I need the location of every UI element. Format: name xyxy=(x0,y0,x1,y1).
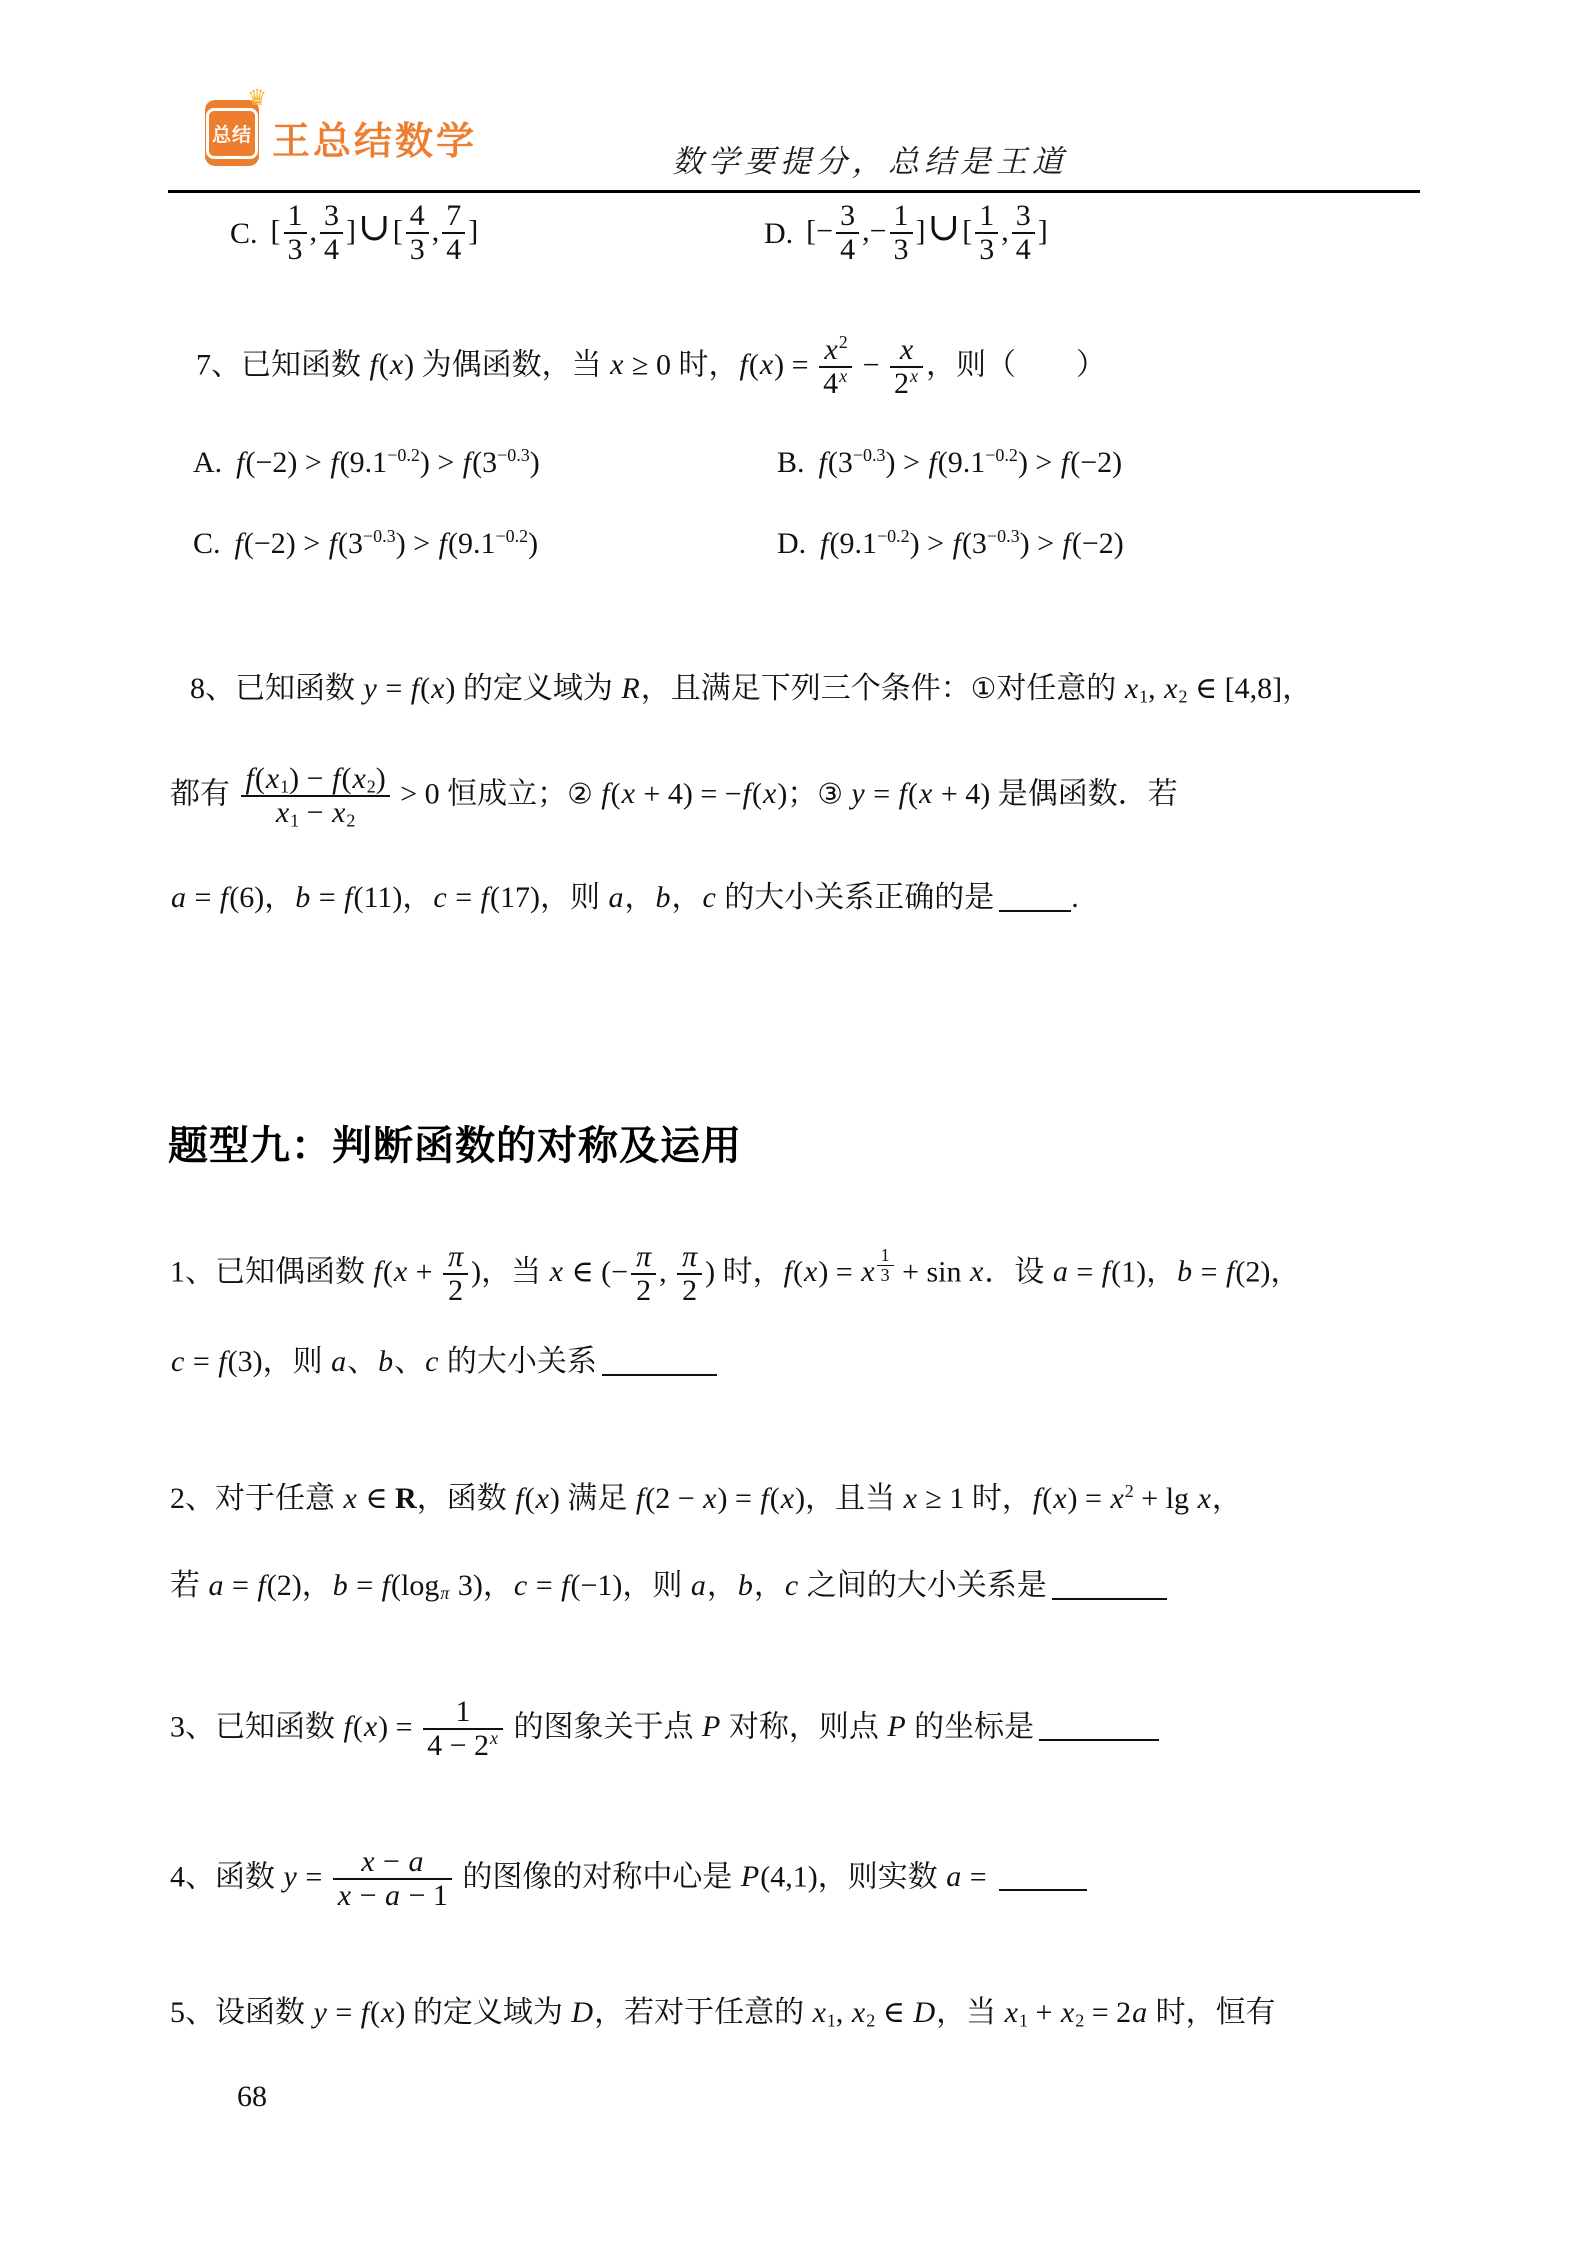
option-label: C. xyxy=(193,524,221,563)
question-7-option-c: C. f(−2) > f(3−0.3) > f(9.1−0.2) xyxy=(193,519,538,567)
logo-badge-text: 总结 xyxy=(212,125,252,146)
question-text: c = f(3)，则 a、b、c 的大小关系 xyxy=(170,1342,717,1381)
page-number: 68 xyxy=(237,2080,267,2114)
question-text: 4、函数 y = x − ax − a − 1 的图像的对称中心是 P(4,1)… xyxy=(170,1846,1087,1913)
prev-question-option-d: D. [−34,−13]∪[13,34] xyxy=(764,194,1048,272)
worksheet-page: ♛ 总结 王总结数学 数学要提分，总结是王道 C. [13,34]∪[43,74… xyxy=(0,0,1587,2245)
option-math: f(−2) > f(9.1−0.2) > f(3−0.3) xyxy=(235,443,540,482)
option-math: f(−2) > f(3−0.3) > f(9.1−0.2) xyxy=(234,524,539,563)
question-7-option-d: D. f(9.1−0.2) > f(3−0.3) > f(−2) xyxy=(777,519,1124,567)
question-text: 8、已知函数 y = f(x) 的定义域为 R，且满足下列三个条件：①对任意的 … xyxy=(190,669,1312,708)
option-math: f(9.1−0.2) > f(3−0.3) > f(−2) xyxy=(819,524,1124,563)
option-label: D. xyxy=(764,214,793,253)
option-label: B. xyxy=(777,443,805,482)
brand-name: 王总结数学 xyxy=(272,110,477,165)
question-text: 5、设函数 y = f(x) 的定义域为 D，若对于任意的 x1, x2 ∈ D… xyxy=(170,1993,1276,2032)
header-rule xyxy=(168,190,1420,193)
question-8-line2: 都有 f(x1) − f(x2)x1 − x2 > 0 恒成立；② f(x + … xyxy=(170,748,1178,844)
brand-tagline: 数学要提分，总结是王道 xyxy=(672,136,1068,181)
question-2-line1: 2、对于任意 x ∈ R，函数 f(x) 满足 f(2 − x) = f(x)，… xyxy=(170,1473,1242,1523)
question-1-line2: c = f(3)，则 a、b、c 的大小关系 xyxy=(170,1336,717,1386)
option-label: C. xyxy=(230,214,258,253)
option-math: [13,34]∪[43,74] xyxy=(271,200,479,267)
question-8-line1: 8、已知函数 y = f(x) 的定义域为 R，且满足下列三个条件：①对任意的 … xyxy=(190,662,1312,714)
question-5-line1: 5、设函数 y = f(x) 的定义域为 D，若对于任意的 x1, x2 ∈ D… xyxy=(170,1988,1276,2036)
option-label: A. xyxy=(193,443,222,482)
crown-icon: ♛ xyxy=(247,86,267,111)
option-label: D. xyxy=(777,524,806,563)
question-7-option-a: A. f(−2) > f(9.1−0.2) > f(3−0.3) xyxy=(193,438,540,486)
question-text: 3、已知函数 f(x) = 14 − 2x 的图象关于点 P 对称，则点 P 的… xyxy=(170,1696,1159,1763)
question-8-line3: a = f(6)，b = f(11)，c = f(17)，则 a，b，c 的大小… xyxy=(170,873,1079,921)
section-title: 题型九：判断函数的对称及运用 xyxy=(168,1114,742,1171)
question-text: 1、已知偶函数 f(x + π2)，当 x ∈ (−π2, π2) 时，f(x)… xyxy=(170,1241,1300,1308)
question-text: 7、已知函数 f(x) 为偶函数，当 x ≥ 0 时，f(x) = x24x −… xyxy=(196,334,1106,401)
logo-badge-frame: 总结 xyxy=(206,108,258,159)
question-3-line1: 3、已知函数 f(x) = 14 − 2x 的图象关于点 P 对称，则点 P 的… xyxy=(170,1686,1159,1772)
question-7-option-b: B. f(3−0.3) > f(9.1−0.2) > f(−2) xyxy=(777,438,1122,486)
question-text: a = f(6)，b = f(11)，c = f(17)，则 a，b，c 的大小… xyxy=(170,878,1079,917)
option-math: [−34,−13]∪[13,34] xyxy=(806,200,1048,267)
brand-logo-badge: ♛ 总结 xyxy=(205,100,259,166)
question-text: 若 a = f(2)，b = f(logπ 3)，c = f(−1)，则 a，b… xyxy=(170,1566,1167,1605)
option-math: f(3−0.3) > f(9.1−0.2) > f(−2) xyxy=(818,443,1123,482)
prev-question-option-c: C. [13,34]∪[43,74] xyxy=(230,194,478,272)
question-4-line1: 4、函数 y = x − ax − a − 1 的图像的对称中心是 P(4,1)… xyxy=(170,1836,1087,1922)
question-1-line1: 1、已知偶函数 f(x + π2)，当 x ∈ (−π2, π2) 时，f(x)… xyxy=(170,1230,1300,1318)
question-text: 2、对于任意 x ∈ R，函数 f(x) 满足 f(2 − x) = f(x)，… xyxy=(170,1479,1242,1518)
question-text: 都有 f(x1) − f(x2)x1 − x2 > 0 恒成立；② f(x + … xyxy=(170,763,1178,830)
question-7-stem: 7、已知函数 f(x) 为偶函数，当 x ≥ 0 时，f(x) = x24x −… xyxy=(196,326,1106,408)
question-2-line2: 若 a = f(2)，b = f(logπ 3)，c = f(−1)，则 a，b… xyxy=(170,1560,1167,1610)
